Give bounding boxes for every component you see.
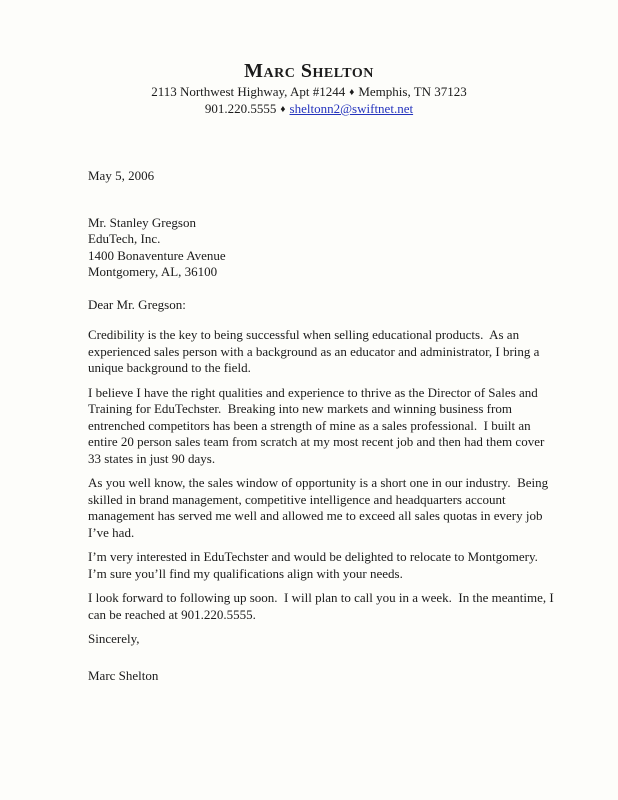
recipient-line: Montgomery, AL, 36100 xyxy=(88,264,548,281)
body-line: I’ve had. xyxy=(88,525,548,542)
recipient-line: 1400 Bonaventure Avenue xyxy=(88,248,548,265)
letterhead: Marc Shelton 2113 Northwest Highway, Apt… xyxy=(0,58,618,118)
salutation: Dear Mr. Gregson: xyxy=(88,297,548,314)
city-state-zip: Memphis, TN 37123 xyxy=(358,84,466,99)
recipient-line: EduTech, Inc. xyxy=(88,231,548,248)
body-paragraph-5: I look forward to following up soon. I w… xyxy=(88,590,548,623)
body-paragraph-3: As you well know, the sales window of op… xyxy=(88,475,548,541)
letter-page: Marc Shelton 2113 Northwest Highway, Apt… xyxy=(0,0,618,800)
body-line: Credibility is the key to being successf… xyxy=(88,327,548,344)
closing: Sincerely, xyxy=(88,631,548,648)
diamond-separator-icon: ♦ xyxy=(280,102,285,117)
letter-body: May 5, 2006 Mr. Stanley Gregson EduTech,… xyxy=(88,168,548,684)
body-line: I look forward to following up soon. I w… xyxy=(88,590,548,607)
body-line: unique background to the field. xyxy=(88,360,548,377)
body-line: 33 states in just 90 days. xyxy=(88,451,548,468)
street-address: 2113 Northwest Highway, Apt #1244 xyxy=(151,84,345,99)
body-line: Training for EduTechster. Breaking into … xyxy=(88,401,548,418)
body-paragraph-2: I believe I have the right qualities and… xyxy=(88,385,548,468)
email-link[interactable]: sheltonn2@swiftnet.net xyxy=(290,101,414,116)
body-line: entire 20 person sales team from scratch… xyxy=(88,434,548,451)
body-line: As you well know, the sales window of op… xyxy=(88,475,548,492)
letter-date: May 5, 2006 xyxy=(88,168,548,185)
recipient-line: Mr. Stanley Gregson xyxy=(88,215,548,232)
body-paragraph-1: Credibility is the key to being successf… xyxy=(88,327,548,377)
letterhead-address-line: 2113 Northwest Highway, Apt #1244♦Memphi… xyxy=(0,84,618,101)
recipient-address: Mr. Stanley Gregson EduTech, Inc. 1400 B… xyxy=(88,215,548,281)
body-paragraph-4: I’m very interested in EduTechster and w… xyxy=(88,549,548,582)
body-line: can be reached at 901.220.5555. xyxy=(88,607,548,624)
body-line: management has served me well and allowe… xyxy=(88,508,548,525)
signature-name: Marc Shelton xyxy=(88,668,548,685)
body-line: skilled in brand management, competitive… xyxy=(88,492,548,509)
body-line: entrenched competitors has been a streng… xyxy=(88,418,548,435)
letterhead-name: Marc Shelton xyxy=(0,58,618,84)
body-line: I believe I have the right qualities and… xyxy=(88,385,548,402)
body-line: experienced sales person with a backgrou… xyxy=(88,344,548,361)
letterhead-contact-line: 901.220.5555♦sheltonn2@swiftnet.net xyxy=(0,101,618,118)
body-line: I’m sure you’ll find my qualifications a… xyxy=(88,566,548,583)
body-line: I’m very interested in EduTechster and w… xyxy=(88,549,548,566)
phone-number: 901.220.5555 xyxy=(205,101,277,116)
diamond-separator-icon: ♦ xyxy=(349,85,354,100)
